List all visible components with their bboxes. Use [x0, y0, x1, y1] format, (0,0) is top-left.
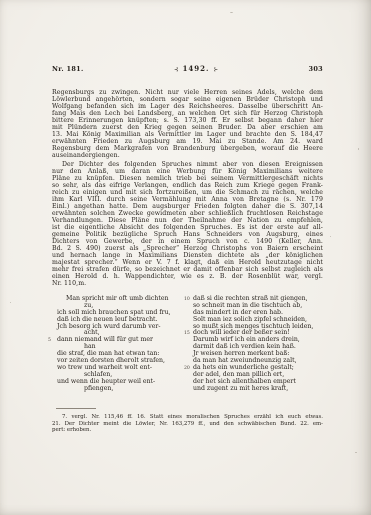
- verse-line: pfiengen,: [57, 386, 187, 393]
- poem-right-column: 10daß si die rechten straß nit giengen,s…: [187, 296, 323, 392]
- prose-line-text: so sehr, als das eifrige Verlangen, endl…: [52, 182, 323, 189]
- margin-line-number: 15: [184, 331, 190, 338]
- prose-line-text: Einl.) angethan hatte. Dem augsburger Fr…: [52, 203, 323, 210]
- prose-line: nur den Anlaß, um daran eine Werbung für…: [52, 168, 323, 175]
- page-number: 303: [309, 65, 323, 73]
- year-heading: ⊰ 1492. ⊱: [174, 64, 218, 73]
- verse-line-text: Jch besorg ich wurd darumb ver-: [57, 323, 160, 330]
- prose-line: 5bittere Erinnerungen knüpften; s. S. 17…: [52, 117, 323, 124]
- prose-line: Regensburg dem Markgrafen von Brandenbur…: [52, 145, 323, 152]
- prose-line: 15reich zu einigen und mit sich fortzure…: [52, 189, 323, 196]
- prose-line: Regensburgs zu zwingen. Nicht nur viele …: [52, 89, 323, 96]
- prose-line-text: erwähnten solchen Zwecke gewidmeten aber…: [52, 210, 323, 217]
- prose-line: und hernach lange in Maximilians Dienste…: [52, 252, 323, 259]
- prose-line-text: Nr. 110,m.: [52, 280, 86, 287]
- verse-line-text: dann niemand will für gut mer: [57, 336, 153, 343]
- prose-line: gemeine Politik bezügliche Spruch Hans S…: [52, 231, 323, 238]
- prose-line: 13. Mai König Maximilian als Vermittler …: [52, 131, 323, 138]
- scan-speck: [10, 302, 11, 303]
- scan-speck: [330, 236, 331, 237]
- margin-line-number: 5: [48, 338, 51, 345]
- entry-number: Nr. 181.: [52, 65, 84, 73]
- prose-line: 20ist die eigentliche Absicht des folgen…: [52, 224, 323, 231]
- footnote-line: pert: erhoben.: [52, 427, 323, 433]
- prose-line: mehr frei strafen dürfe, so bezeichnet e…: [52, 266, 323, 273]
- prose-line-text: Regensburg dem Markgrafen von Brandenbur…: [52, 145, 323, 152]
- book-page: Nr. 181. ⊰ 1492. ⊱ 303 Regensburgs zu zw…: [0, 0, 371, 515]
- verse-line: Jch besorg ich wurd darumb ver-: [57, 324, 187, 331]
- poem: Man spricht mir oft umb dichtenzu,ich so…: [52, 296, 323, 392]
- page-header: Nr. 181. ⊰ 1492. ⊱ 303: [52, 64, 323, 72]
- prose-line-text: fang Mais den Lech bei Landsberg, an wel…: [52, 110, 323, 117]
- commentary-paragraph: Der Dichter des folgenden Spruches nimmt…: [52, 161, 323, 287]
- prose-line-text: auseinandergiengen.: [52, 152, 120, 159]
- footnote-separator: [56, 408, 96, 409]
- prose-line-text: ist die eigentliche Absicht des folgende…: [52, 224, 323, 231]
- prose-line: ihm Karl VIII. durch seine Vermählung mi…: [52, 196, 323, 203]
- verse-line: Man spricht mir oft umb dichten: [57, 296, 187, 303]
- prose-line-text: Regensburgs zu zwingen. Nicht nur viele …: [52, 89, 323, 96]
- verse-line-text: pfiengen,: [84, 385, 113, 392]
- prose-line-text: mehr frei strafen dürfe, so bezeichnet e…: [52, 266, 323, 273]
- prose-line-text: bittere Erinnerungen knüpften; s. S. 173…: [52, 117, 323, 124]
- verse-line: und zugent zu mit heres kraft,: [193, 386, 323, 393]
- footnote-line-text: pert: erhoben.: [52, 427, 91, 433]
- scan-speck: [358, 148, 359, 150]
- prose-line: Dichters von Gewerbe, der in einem Spruc…: [52, 238, 323, 245]
- prose-line-text: gemeine Politik bezügliche Spruch Hans S…: [52, 231, 323, 238]
- scan-speck: [355, 452, 357, 453]
- verse-line: und wenn die heupter weil ent-: [57, 379, 187, 386]
- prose-line-text: Der Dichter des folgenden Spruches nimmt…: [62, 161, 323, 168]
- prose-line-text: Wolfgang befanden sich im Lager des Reic…: [52, 103, 323, 110]
- prose-line-text: erwähnten Frieden zu Augsburg am 19. Mai…: [52, 138, 323, 145]
- year-label: 1492.: [183, 64, 210, 73]
- prose-line-text: reich zu einigen und mit sich fortzureiß…: [52, 189, 323, 196]
- prose-line-text: einen Herold d. h. Wappendichter, wie es…: [52, 273, 323, 280]
- prose-line-text: Bd. 2 S. 490) zuerst als „Sprecher“ Herz…: [52, 245, 323, 252]
- prose-line-text: und hernach lange in Maximilians Dienste…: [52, 252, 323, 259]
- verse-line: wo trew und warheit wolt ent-: [57, 365, 187, 372]
- prose-line: Löwlerbund angehörten, sondern sogar sei…: [52, 96, 323, 103]
- ornament-right-icon: ⊱: [213, 67, 218, 73]
- prose-line-text: Dichters von Gewerbe, der in einem Spruc…: [52, 238, 323, 245]
- prose-line: Bd. 2 S. 490) zuerst als „Sprecher“ Herz…: [52, 245, 323, 252]
- margin-line-number: 10: [184, 297, 190, 304]
- prose-line-text: Löwlerbund angehörten, sondern sogar sei…: [52, 96, 323, 103]
- prose-line: Wolfgang befanden sich im Lager des Reic…: [52, 103, 323, 110]
- prose-line-text: nur den Anlaß, um daran eine Werbung für…: [52, 168, 323, 175]
- verse-line-text: und zugent zu mit heres kraft,: [193, 385, 288, 392]
- poem-left-column: Man spricht mir oft umb dichtenzu,ich so…: [57, 296, 187, 392]
- margin-line-number: 20: [184, 366, 190, 373]
- footnote-line-text: 21. Der Dichter meint die Löwler, Nr. 16…: [52, 421, 323, 427]
- scan-speck: [230, 12, 233, 13]
- prose-line: 10auseinandergiengen.: [52, 152, 323, 159]
- prose-line-text: mit Plündern zuerst den Krieg gegen sein…: [52, 124, 323, 131]
- prose-line: Der Dichter des folgenden Spruches nimmt…: [52, 161, 323, 168]
- verse-line: 5dann niemand will für gut mer: [57, 337, 187, 344]
- prose-line: fang Mais den Lech bei Landsberg, an wel…: [52, 110, 323, 117]
- ornament-left-icon: ⊰: [174, 67, 179, 73]
- prose-line: erwähnten Frieden zu Augsburg am 19. Mai…: [52, 138, 323, 145]
- intro-paragraph: Regensburgs zu zwingen. Nicht nur viele …: [52, 89, 323, 159]
- footnote-line-text: 7. vergl. Nr. 115,46 ff. 16. Statt eines…: [62, 414, 323, 420]
- prose-line: Einl.) angethan hatte. Dem augsburger Fr…: [52, 203, 323, 210]
- prose-line: einen Herold d. h. Wappendichter, wie es…: [52, 273, 323, 280]
- prose-line: erwähnten solchen Zwecke gewidmeten aber…: [52, 210, 323, 217]
- prose-line-text: Verhandlungen. Diese Pläne nun der Theil…: [52, 217, 323, 224]
- prose-line: so sehr, als das eifrige Verlangen, endl…: [52, 182, 323, 189]
- prose-line: Nr. 110,m.: [52, 280, 323, 287]
- prose-line: mit Plündern zuerst den Krieg gegen sein…: [52, 124, 323, 131]
- prose-line: 25majestat sprecher.“ Wenn er V. 7 f. kl…: [52, 259, 323, 266]
- prose-line-text: Pläne zu knüpfen. Diesen nemlich trieb b…: [52, 175, 323, 182]
- verse-line-text: Man spricht mir oft umb dichten: [66, 295, 169, 302]
- prose-line-text: majestat sprecher.“ Wenn er V. 7 f. klag…: [52, 259, 323, 266]
- prose-line: Pläne zu knüpfen. Diesen nemlich trieb b…: [52, 175, 323, 182]
- footnotes: 7. vergl. Nr. 115,46 ff. 16. Statt eines…: [52, 414, 323, 433]
- prose-line: Verhandlungen. Diese Pläne nun der Theil…: [52, 217, 323, 224]
- prose-line-text: 13. Mai König Maximilian als Vermittler …: [52, 131, 323, 138]
- prose-line-text: ihm Karl VIII. durch seine Vermählung mi…: [52, 196, 323, 203]
- page-content: Nr. 181. ⊰ 1492. ⊱ 303 Regensburgs zu zw…: [52, 64, 323, 433]
